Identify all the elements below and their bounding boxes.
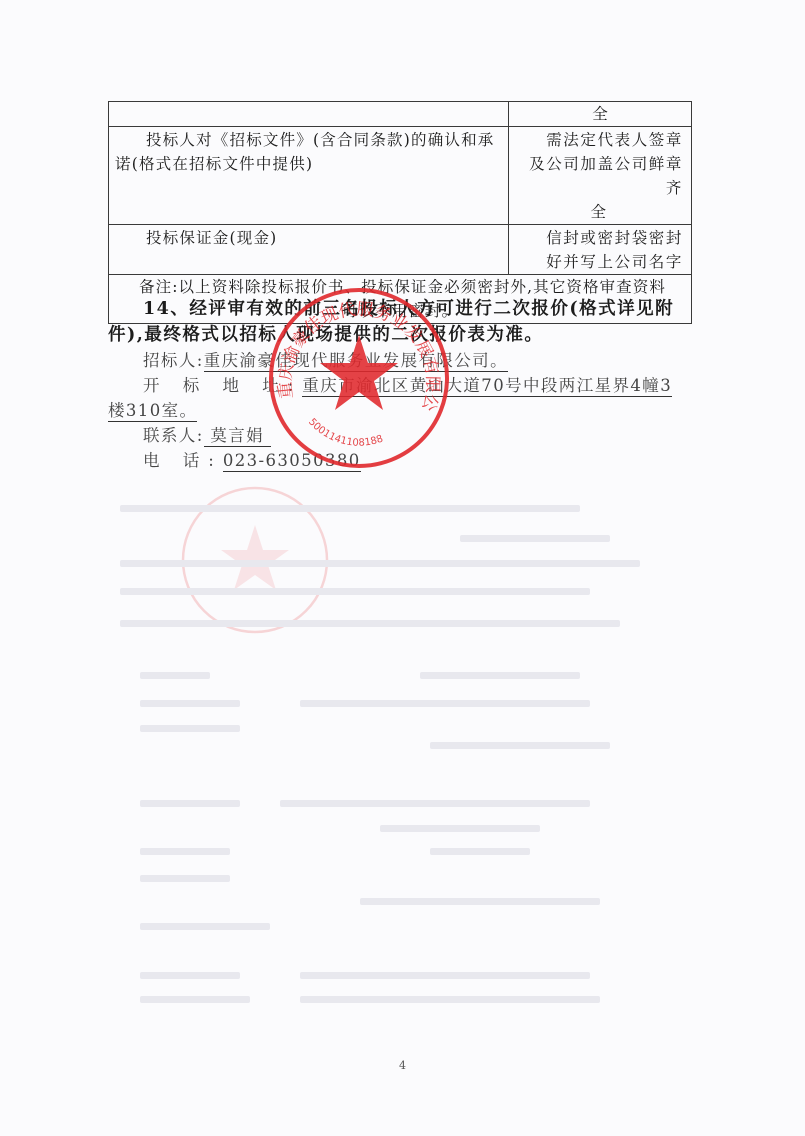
contact-person-value: 莫言娟: [204, 426, 271, 447]
phone-value: 023-63050380: [223, 451, 361, 472]
phone-row: 电 话:023-63050380: [108, 448, 698, 473]
materials-table: 全 投标人对《招标文件》(含合同条款)的确认和承诺(格式在招标文件中提供) 需法…: [108, 101, 692, 324]
table-cell-requirement: 信封或密封袋密封 好并写上公司名字: [509, 225, 692, 275]
table-cell-empty: [109, 102, 509, 127]
table-cell-requirement: 需法定代表人签章 及公司加盖公司鲜章齐 全: [509, 127, 692, 225]
table-row: 投标人对《招标文件》(含合同条款)的确认和承诺(格式在招标文件中提供) 需法定代…: [109, 127, 692, 225]
table-cell-item: 投标保证金(现金): [109, 225, 509, 275]
contact-person-label: 联系人:: [143, 426, 204, 445]
table-row: 投标保证金(现金) 信封或密封袋密封 好并写上公司名字: [109, 225, 692, 275]
address-row: 开 标 地 址:重庆市渝北区黄山大道70号中段两江星界4幢3: [108, 373, 698, 398]
document-page: 全 投标人对《招标文件》(含合同条款)的确认和承诺(格式在招标文件中提供) 需法…: [0, 0, 805, 1136]
contact-person-row: 联系人: 莫言娟: [108, 423, 698, 448]
tenderer-label: 招标人:: [143, 351, 204, 370]
contact-block: 招标人:重庆渝豪佳现代服务业发展有限公司。 开 标 地 址:重庆市渝北区黄山大道…: [108, 348, 698, 473]
table-cell-status: 全: [509, 102, 692, 127]
phone-label: 电 话:: [143, 451, 223, 470]
address-label: 开 标 地 址:: [143, 376, 302, 395]
page-number: 4: [0, 1059, 805, 1072]
bleed-through-seal-icon: [175, 480, 335, 640]
tenderer-row: 招标人:重庆渝豪佳现代服务业发展有限公司。: [108, 348, 698, 373]
table-cell-item: 投标人对《招标文件》(含合同条款)的确认和承诺(格式在招标文件中提供): [109, 127, 509, 225]
item-14-paragraph: 14、经评审有效的前三名投标人方可进行二次报价(格式详见附 件),最终格式以招标…: [108, 296, 693, 348]
address-value-cont: 楼310室。: [108, 401, 197, 422]
address-value: 重庆市渝北区黄山大道70号中段两江星界4幢3: [302, 376, 672, 397]
address-row-cont: 楼310室。: [108, 398, 698, 423]
tenderer-value: 重庆渝豪佳现代服务业发展有限公司。: [204, 351, 508, 372]
bleed-through-text: [100, 480, 710, 1040]
table-row: 全: [109, 102, 692, 127]
